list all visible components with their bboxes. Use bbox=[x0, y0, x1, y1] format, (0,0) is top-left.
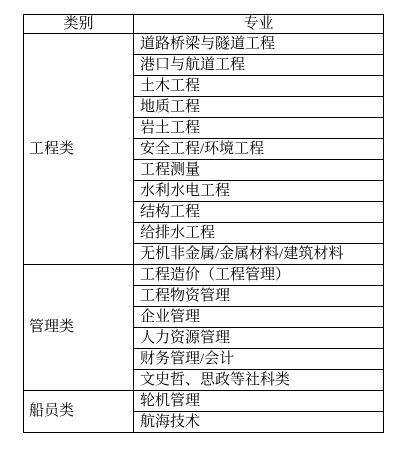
major-cell: 工程物资管理 bbox=[134, 286, 384, 307]
header-cell-category: 类别 bbox=[24, 15, 134, 34]
major-cell: 港口与航道工程 bbox=[134, 55, 384, 76]
major-cell: 人力资源管理 bbox=[134, 328, 384, 349]
category-cell: 船员类 bbox=[24, 391, 134, 433]
page: 类别 专业 工程类道路桥梁与隧道工程港口与航道工程土木工程地质工程岩土工程安全工… bbox=[0, 0, 402, 455]
major-cell: 给排水工程 bbox=[134, 223, 384, 244]
major-cell: 水利水电工程 bbox=[134, 181, 384, 202]
major-cell: 工程测量 bbox=[134, 160, 384, 181]
major-cell: 安全工程/环境工程 bbox=[134, 139, 384, 160]
major-cell: 企业管理 bbox=[134, 307, 384, 328]
category-cell: 管理类 bbox=[24, 265, 134, 391]
header-cell-major: 专业 bbox=[134, 15, 384, 34]
category-cell: 工程类 bbox=[24, 34, 134, 265]
table-row: 工程类道路桥梁与隧道工程 bbox=[24, 34, 384, 55]
major-cell: 工程造价（工程管理） bbox=[134, 265, 384, 286]
major-cell: 岩土工程 bbox=[134, 118, 384, 139]
major-cell: 道路桥梁与隧道工程 bbox=[134, 34, 384, 55]
category-major-table: 类别 专业 工程类道路桥梁与隧道工程港口与航道工程土木工程地质工程岩土工程安全工… bbox=[23, 14, 384, 433]
major-cell: 航海技术 bbox=[134, 412, 384, 433]
major-cell: 财务管理/会计 bbox=[134, 349, 384, 370]
table-header: 类别 专业 bbox=[24, 15, 384, 34]
major-cell: 无机非金属/金属材料/建筑材料 bbox=[134, 244, 384, 265]
major-cell: 地质工程 bbox=[134, 97, 384, 118]
major-cell: 土木工程 bbox=[134, 76, 384, 97]
major-cell: 结构工程 bbox=[134, 202, 384, 223]
major-cell: 文史哲、思政等社科类 bbox=[134, 370, 384, 391]
table-body: 工程类道路桥梁与隧道工程港口与航道工程土木工程地质工程岩土工程安全工程/环境工程… bbox=[24, 34, 384, 433]
major-cell: 轮机管理 bbox=[134, 391, 384, 412]
table-row: 管理类工程造价（工程管理） bbox=[24, 265, 384, 286]
header-row: 类别 专业 bbox=[24, 15, 384, 34]
table-row: 船员类轮机管理 bbox=[24, 391, 384, 412]
